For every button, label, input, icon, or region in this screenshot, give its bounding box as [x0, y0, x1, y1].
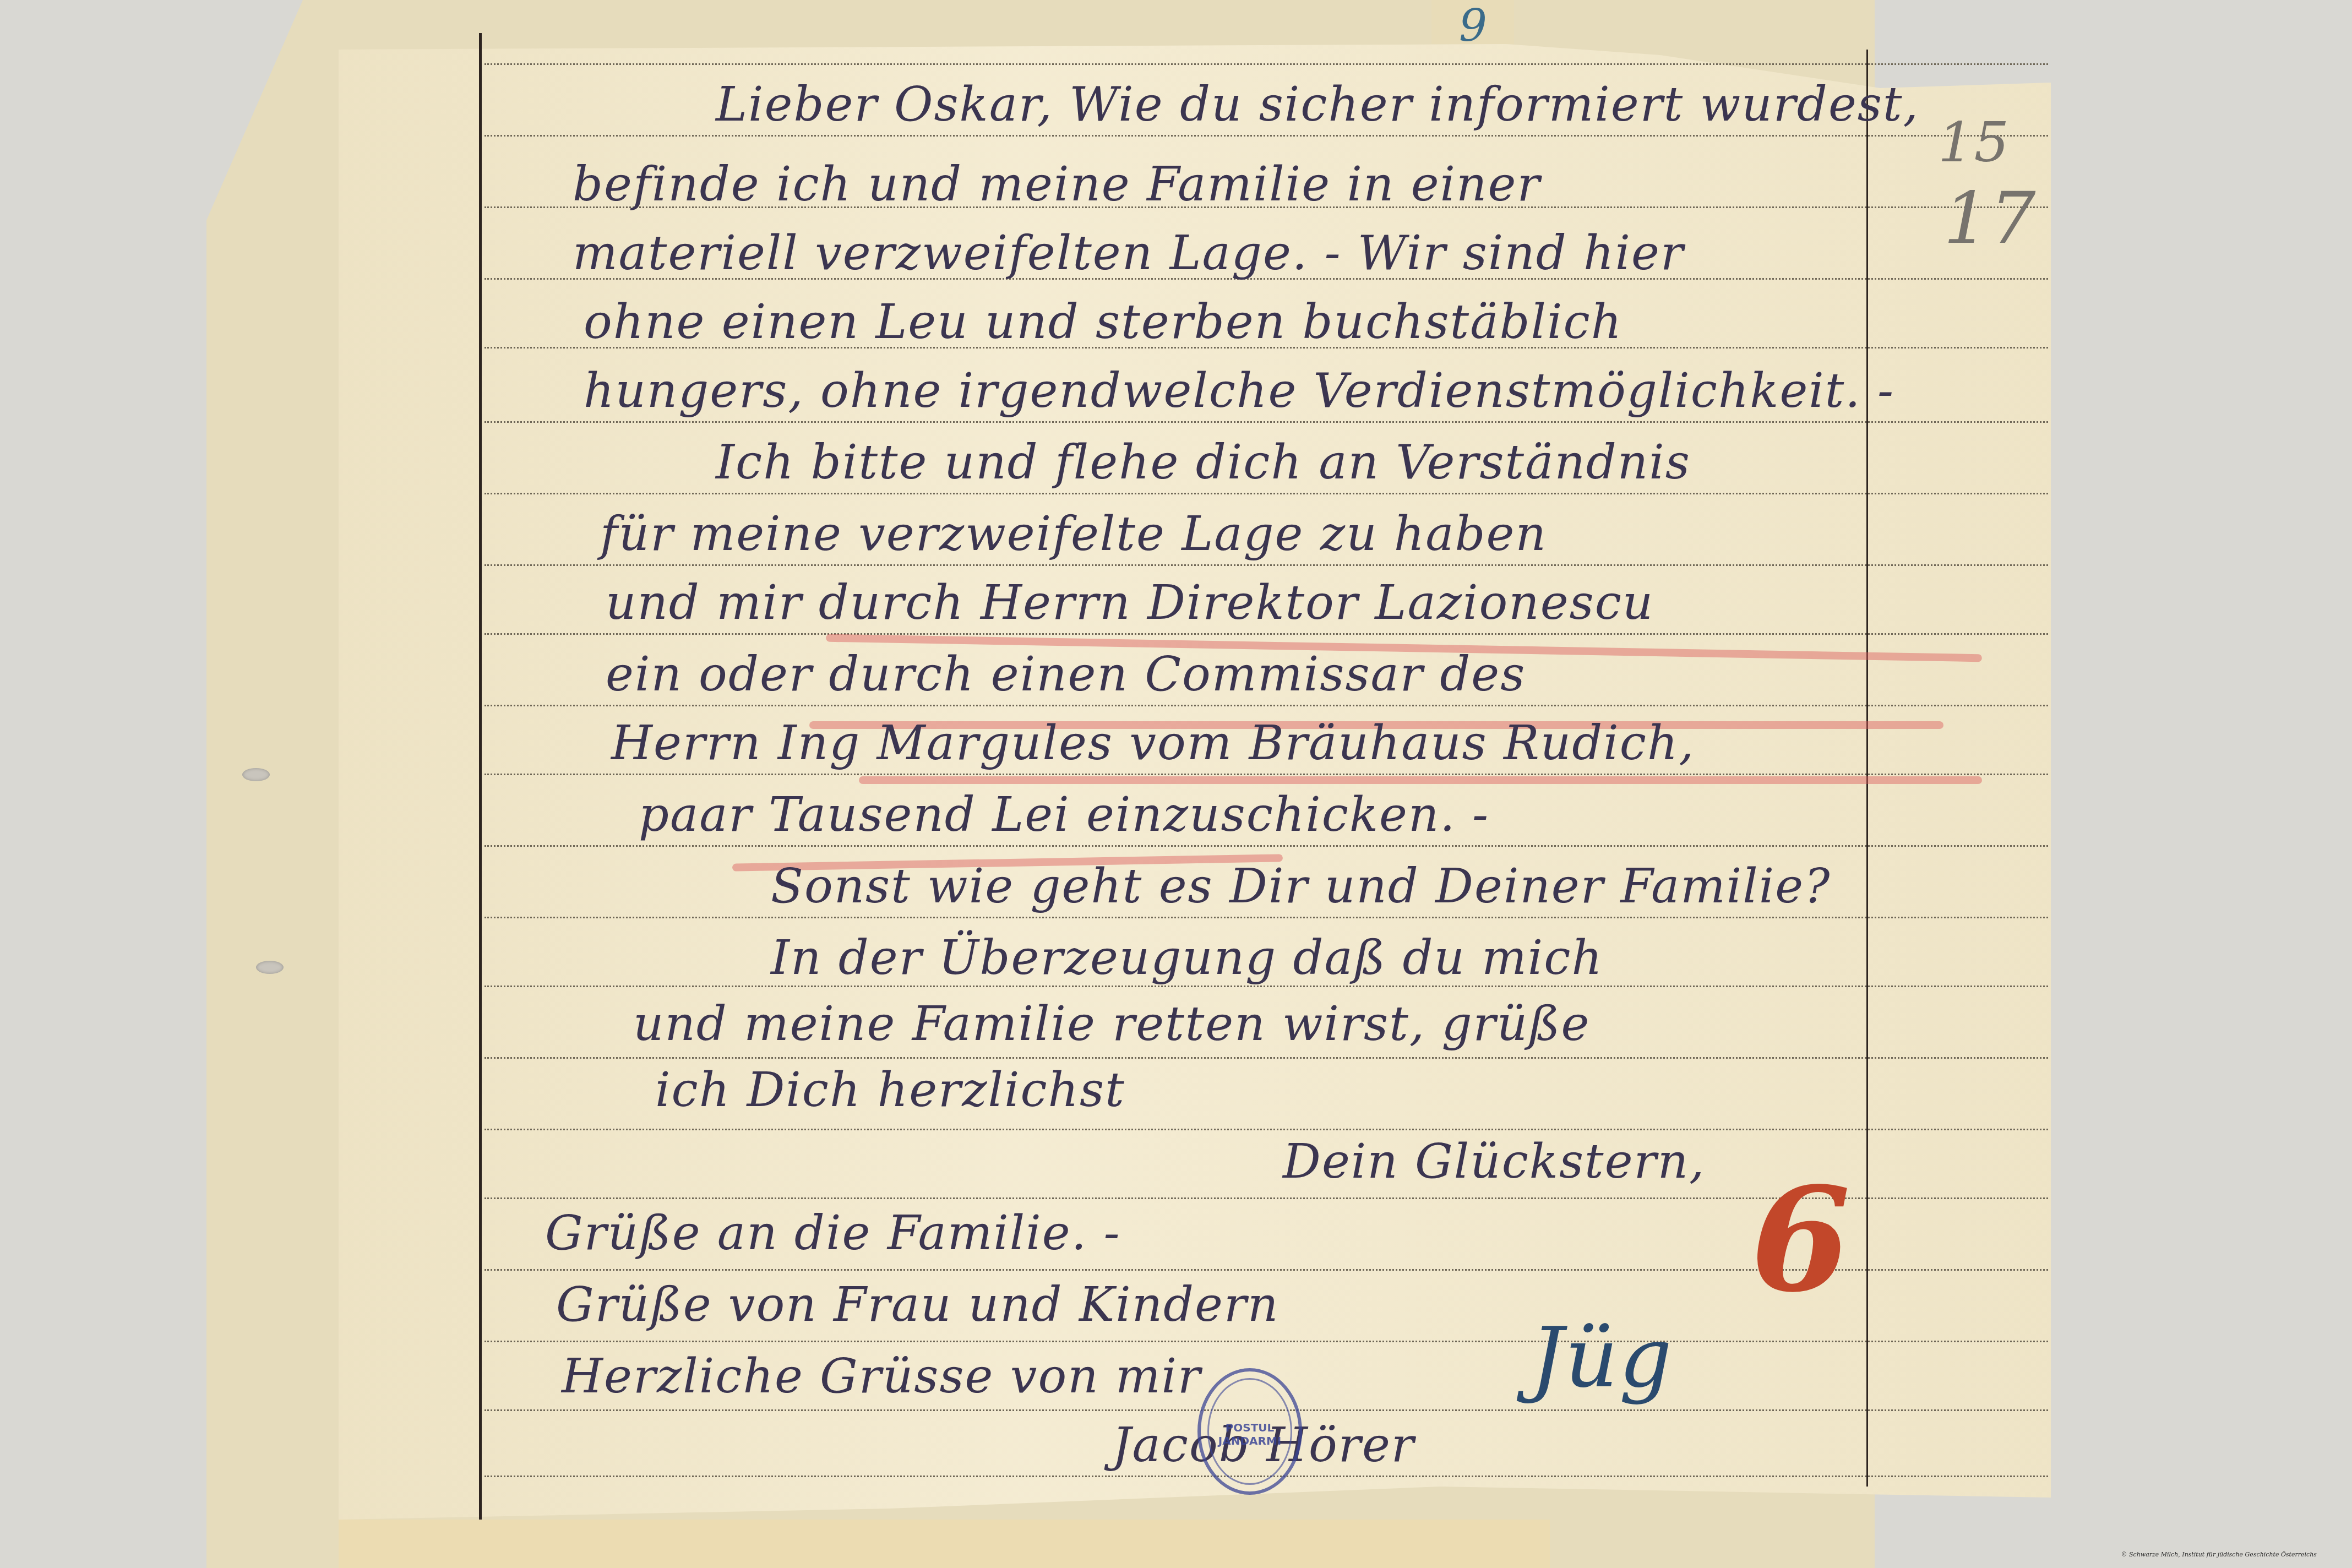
- ruled-line: [484, 564, 2048, 566]
- letter-line-15: ich Dich herzlichst: [655, 1063, 1125, 1118]
- ruled-line: [484, 493, 2048, 494]
- postscript-line-3: Herzliche Grüsse von mir: [562, 1349, 1201, 1404]
- letter-line-2: befinde ich und meine Familie in einer: [573, 157, 1541, 212]
- letter-line-10: Herrn Ing Margules vom Bräuhaus Rudich,: [611, 716, 1695, 771]
- official-stamp: POSTUL JANDARMI: [1197, 1368, 1302, 1495]
- ruled-line: [484, 421, 2048, 423]
- letter-line-7: für meine verzweifelte Lage zu haben: [600, 507, 1547, 562]
- letter-line-6: Ich bitte und flehe dich an Verständnis: [716, 435, 1691, 490]
- letter-line-12: Sonst wie geht es Dir und Deiner Familie…: [771, 859, 1831, 914]
- letter-line-13: In der Überzeugung daß du mich: [771, 930, 1603, 986]
- signature-gluckstern: Dein Glückstern,: [1283, 1134, 1705, 1189]
- punch-hole: [242, 768, 270, 781]
- top-blue-mark: 9: [1459, 0, 1487, 51]
- postscript-line-1: Grüße an die Familie. -: [545, 1206, 1120, 1261]
- red-crayon-number: 6: [1751, 1156, 1852, 1324]
- letter-line-3: materiell verzweifelten Lage. - Wir sind…: [573, 226, 1684, 281]
- right-margin-line: [1866, 50, 1868, 1487]
- letter-line-8: und mir durch Herrn Direktor Lazionescu: [606, 575, 1654, 630]
- letter-line-4: ohne einen Leu und sterben buchstäblich: [584, 295, 1623, 350]
- ruled-line: [484, 63, 2048, 65]
- copyright-notice: © Schwarze Milch, Institut für jüdische …: [2121, 1551, 2317, 1558]
- ruled-line: [484, 774, 2048, 775]
- letter-line-5: hungers, ohne irgendwelche Verdienstmögl…: [584, 363, 1894, 418]
- letter-line-1: Lieber Oskar, Wie du sicher informiert w…: [716, 77, 1919, 132]
- letter-line-11: paar Tausend Lei einzuschicken. -: [639, 787, 1489, 842]
- blue-ink-initials: Jüg: [1531, 1310, 1673, 1406]
- ruled-line: [484, 845, 2048, 847]
- ruled-line: [484, 705, 2048, 706]
- stamp-text: POSTUL JANDARMI: [1201, 1421, 1299, 1447]
- postscript-line-2: Grüße von Frau und Kindern: [556, 1277, 1280, 1332]
- underlying-sheet: [339, 1520, 1550, 1568]
- ruled-line: [484, 135, 2048, 137]
- ruled-line: [484, 1129, 2048, 1130]
- punch-hole: [256, 961, 284, 974]
- left-margin-line: [479, 33, 482, 1520]
- ruled-line: [484, 633, 2048, 635]
- ruled-line: [484, 1341, 2048, 1342]
- ruled-line: [484, 1057, 2048, 1059]
- ruled-line: [484, 986, 2048, 987]
- letter-line-14: und meine Familie retten wirst, grüße: [633, 997, 1590, 1052]
- letter-line-9: ein oder durch einen Commissar des: [606, 647, 1526, 702]
- pencil-number-17: 17: [1943, 176, 2037, 260]
- pencil-number-15: 15: [1938, 110, 2010, 175]
- red-underline: [859, 776, 1982, 784]
- ruled-line: [484, 917, 2048, 918]
